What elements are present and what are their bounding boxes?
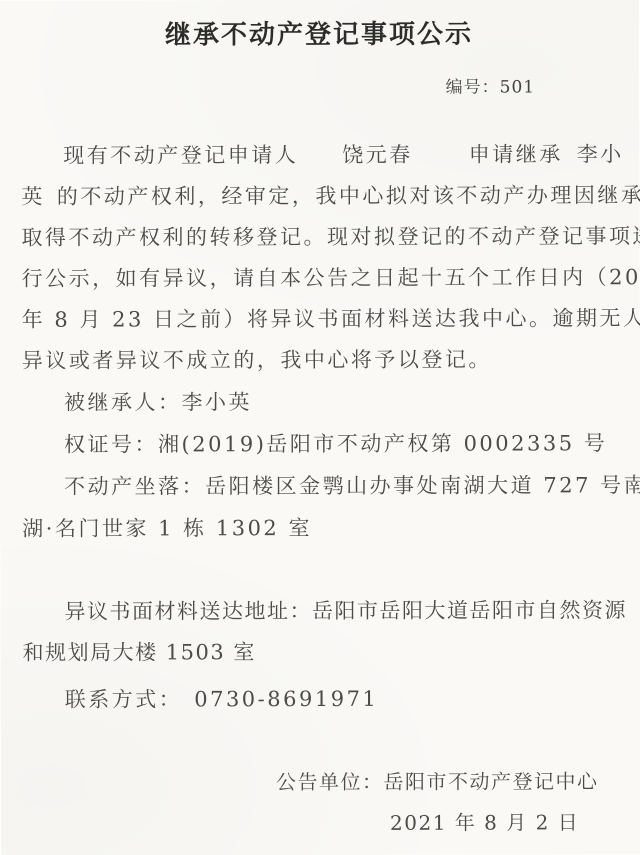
- issuer-label: 公告单位：: [276, 770, 384, 794]
- certificate-label: 权证号：: [64, 432, 158, 456]
- intro-line-6: 异议或者异议不成立的，我中心将予以登记。: [22, 339, 634, 382]
- intro-line-2: 英的不动产权利，经审定，我中心拟对该不动产办理因继承: [21, 175, 633, 218]
- objection-address-row: 异议书面材料送达地址：岳阳市岳阳大道岳阳市自然资源: [22, 590, 634, 633]
- doc-number-label: 编号：: [446, 78, 500, 98]
- fields-section: 被继承人：李小英 权证号：湘(2019)岳阳市不动产权第 0002335 号 不…: [22, 380, 634, 550]
- contact-label: 联系方式：: [65, 687, 183, 711]
- notice-document: 继承不动产登记事项公示 编号：501 现有不动产登记申请人饶元春申请继承李小 英…: [0, 0, 640, 855]
- applicant-name: 饶元春: [342, 143, 413, 167]
- decedent-value: 李小英: [181, 390, 252, 414]
- decedent-name-part1: 李小: [577, 142, 624, 166]
- date-row: 2021 年 8 月 2 日: [23, 802, 635, 845]
- location-continuation: 湖·名门世家 1 栋 1302 室: [22, 506, 634, 550]
- objection-address-line1: 岳阳市岳阳大道岳阳市自然资源: [312, 598, 627, 623]
- intro-line-4: 行公示，如有异议，请自本公告之日起十五个工作日内（2021: [22, 257, 634, 300]
- decedent-name-part2: 英: [21, 185, 45, 209]
- intro-line1-prefix: 现有不动产登记申请人: [63, 143, 298, 168]
- intro-line1-middle: 申请继承: [469, 142, 563, 166]
- footer-section: 公告单位：岳阳市不动产登记中心 2021 年 8 月 2 日: [23, 761, 635, 845]
- contact-row: 联系方式：0730-8691971: [23, 678, 635, 721]
- location-label: 不动产坐落：: [64, 474, 205, 498]
- issuer-row: 公告单位：岳阳市不动产登记中心: [23, 761, 635, 804]
- decedent-row: 被继承人：李小英: [22, 380, 634, 424]
- certificate-value: 湘(2019)岳阳市不动产权第 0002335 号: [158, 431, 607, 456]
- intro-line2-rest: 的不动产权利，经审定，我中心拟对该不动产办理因继承: [57, 183, 640, 209]
- issuer-name: 岳阳市不动产登记中心: [383, 769, 598, 794]
- intro-line-5: 年 8 月 23 日之前）将异议书面材料送达我中心。逾期无人提出: [22, 298, 634, 341]
- intro-line-1: 现有不动产登记申请人饶元春申请继承李小: [21, 134, 633, 177]
- notice-title: 继承不动产登记事项公示: [0, 0, 639, 55]
- decedent-label: 被继承人：: [64, 390, 182, 414]
- location-value-line1: 岳阳楼区金鹗山办事处南湖大道 727 号南: [205, 473, 640, 498]
- objection-address-label: 异议书面材料送达地址：: [64, 599, 312, 624]
- location-row: 不动产坐落：岳阳楼区金鹗山办事处南湖大道 727 号南: [22, 464, 634, 508]
- objection-section: 异议书面材料送达地址：岳阳市岳阳大道岳阳市自然资源 和规划局大楼 1503 室: [22, 590, 634, 674]
- objection-address-continuation: 和规划局大楼 1503 室: [23, 631, 635, 674]
- intro-paragraph: 现有不动产登记申请人饶元春申请继承李小 英的不动产权利，经审定，我中心拟对该不动…: [21, 134, 634, 382]
- notice-body: 现有不动产登记申请人饶元春申请继承李小 英的不动产权利，经审定，我中心拟对该不动…: [0, 134, 640, 845]
- doc-number-value: 501: [500, 77, 536, 97]
- intro-line-3: 取得不动产权利的转移登记。现对拟登记的不动产登记事项进: [21, 216, 633, 259]
- certificate-row: 权证号：湘(2019)岳阳市不动产权第 0002335 号: [22, 422, 634, 466]
- contact-value: 0730-8691971: [194, 687, 378, 711]
- doc-number: 编号：501: [0, 75, 639, 101]
